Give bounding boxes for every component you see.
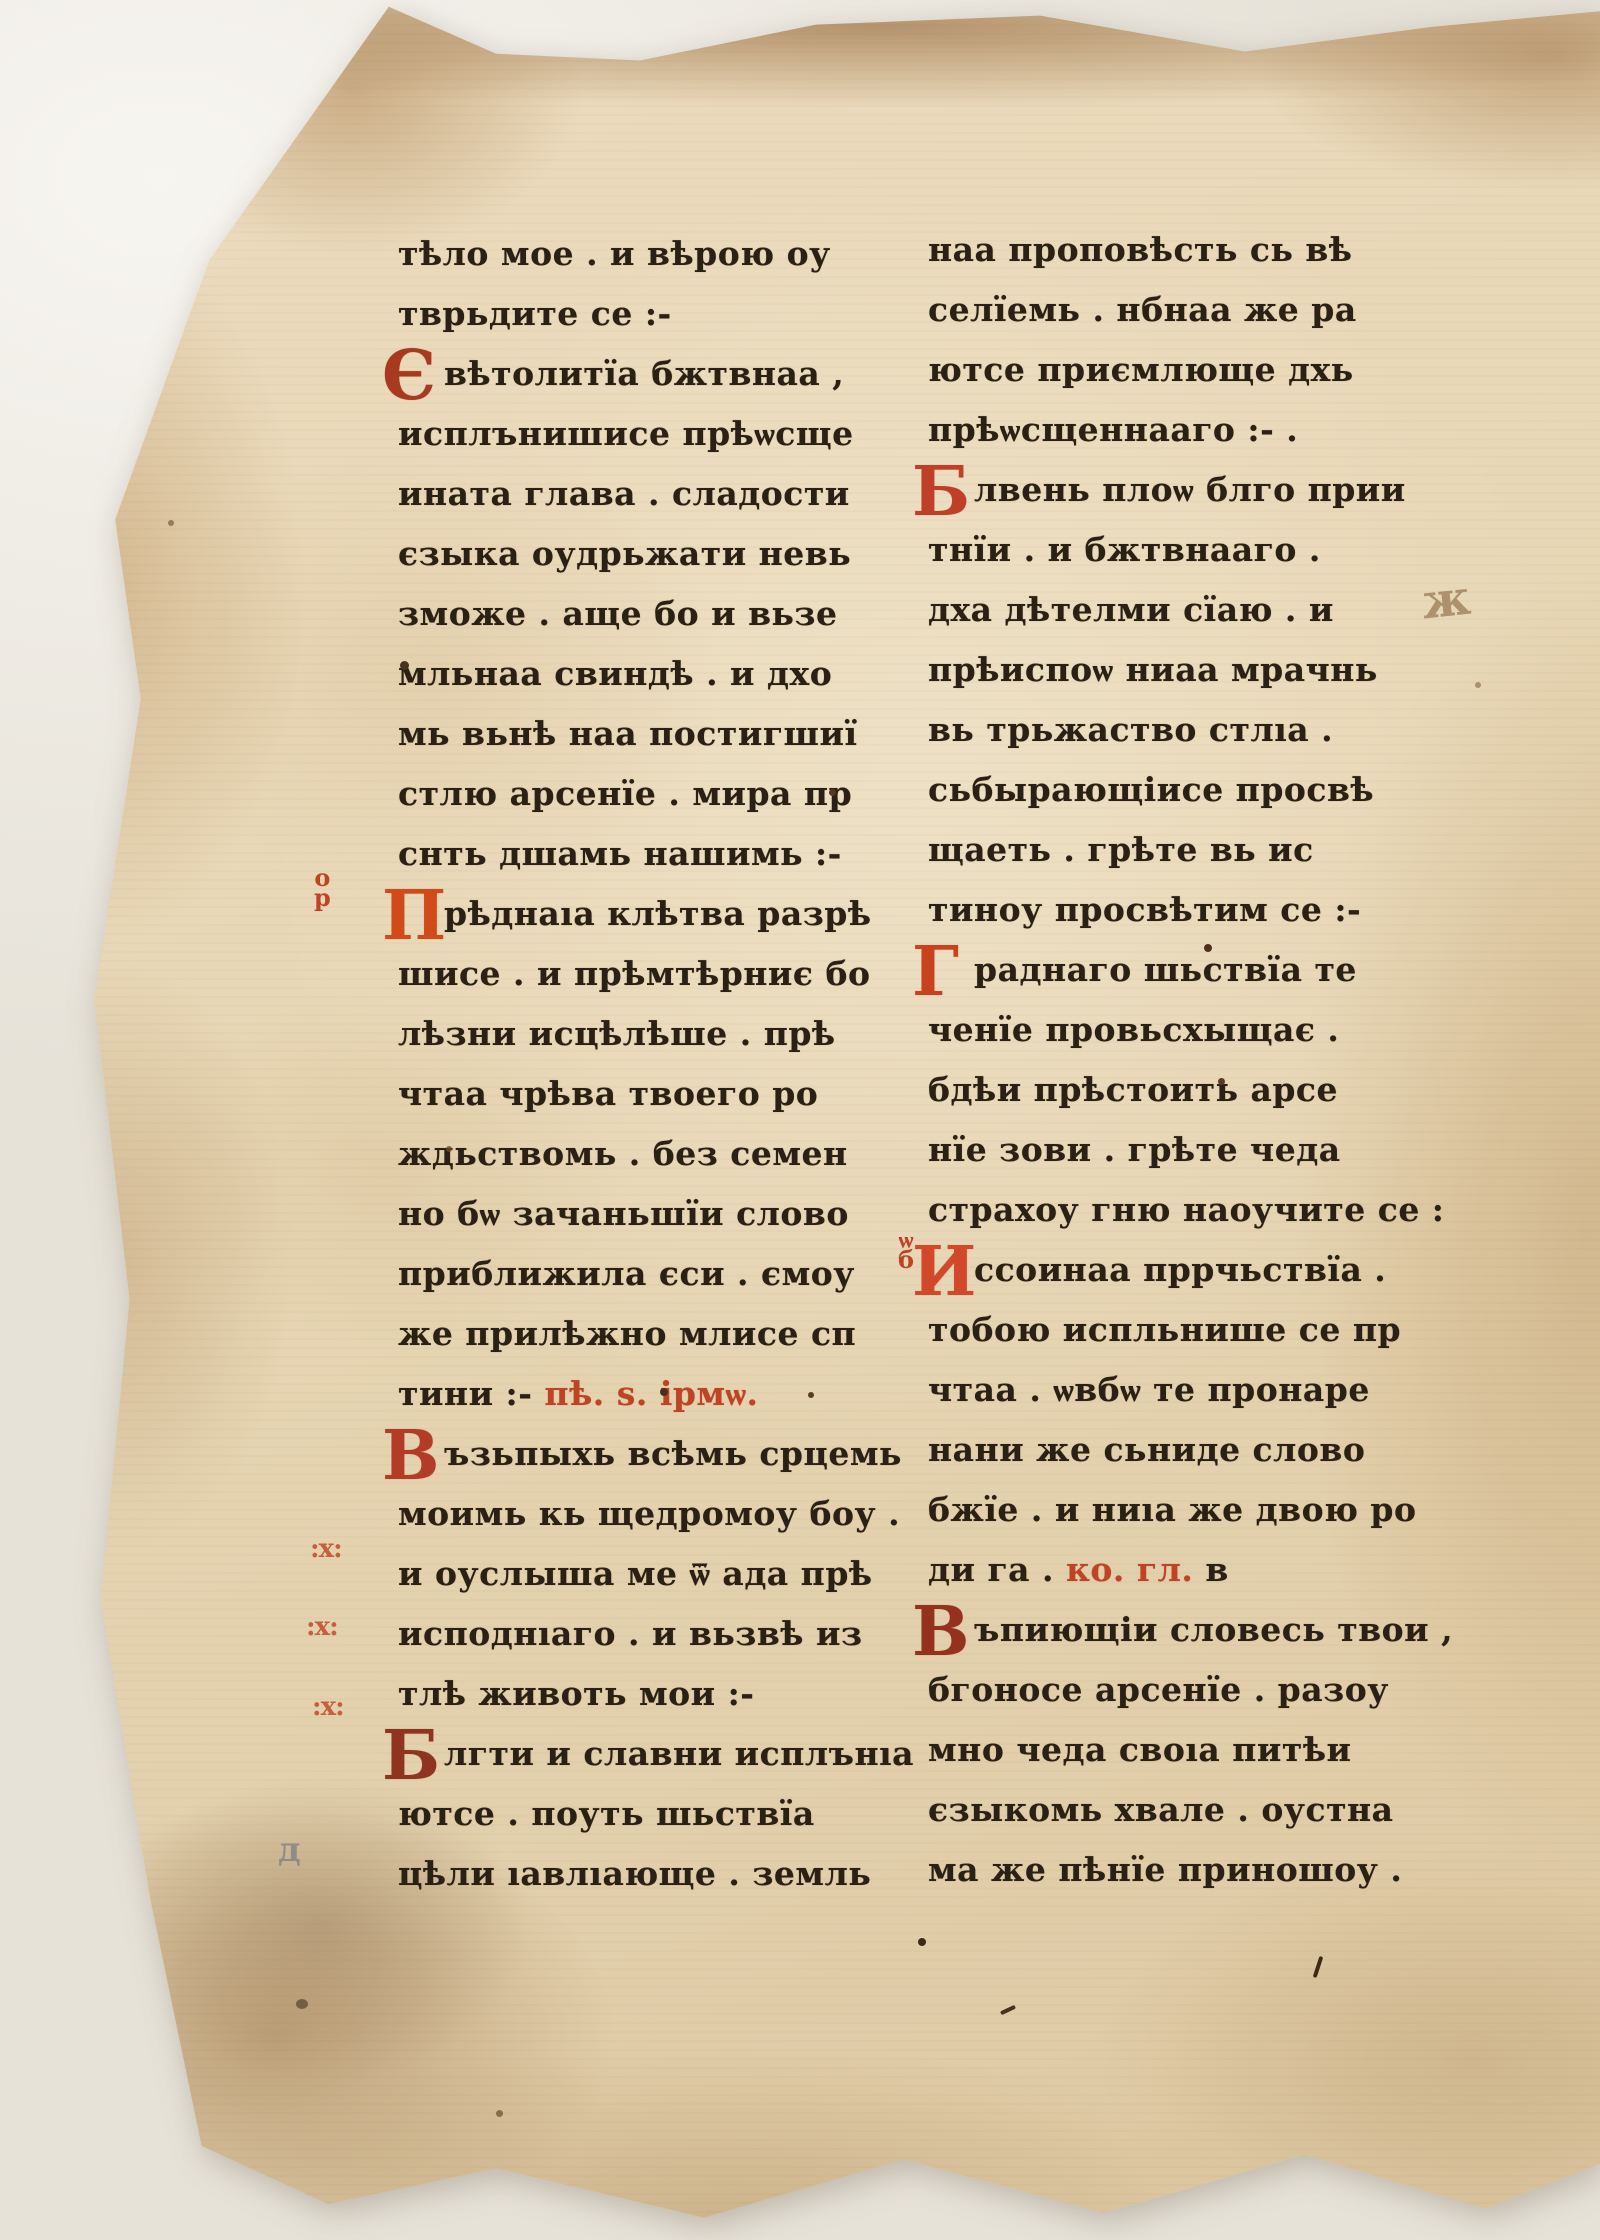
ink-text: тлѣ животь мои :- <box>398 1674 755 1713</box>
ink-text: приближила єси . ємоу <box>398 1254 855 1293</box>
ink-text: ждьствомь . без семен <box>398 1134 848 1173</box>
rubric-initial: Б <box>382 1722 441 1790</box>
manuscript-line: прѣиспоѡ ниаа мрачнь <box>928 644 1368 704</box>
manuscript-line: ждьствомь . без семен <box>398 1128 838 1188</box>
parchment-speck <box>400 661 409 670</box>
ink-text: ченїе провьсхыщає . <box>928 1010 1339 1049</box>
ink-text: лѣзни исцѣлѣше . прѣ <box>398 1014 836 1053</box>
manuscript-line: Възьпыхь всѣмь срцемь <box>398 1428 838 1488</box>
ink-text: рѣднаıа клѣтва разрѣ <box>444 894 872 933</box>
manuscript-line: Прѣднаıа клѣтва разрѣ <box>398 888 838 948</box>
rubric-initial: И <box>912 1238 977 1306</box>
ink-text: єзыка оудрьжати невь <box>398 534 851 573</box>
refrain-mark: :х: <box>312 1692 344 1722</box>
ink-text: ди га . <box>928 1550 1066 1589</box>
manuscript-line: тобою испльнише се пр <box>928 1304 1368 1364</box>
rubric-initial: Г <box>912 938 959 1006</box>
ink-text: дха дѣтелми сїаю . и <box>928 590 1334 629</box>
parchment-speck <box>1218 1078 1225 1085</box>
ink-text: раднаго шьствїа те <box>974 950 1357 989</box>
parchment-speck <box>446 1146 452 1152</box>
manuscript-line: же прилѣжно млисе сп <box>398 1308 838 1368</box>
faded-margin-letter: ж <box>1419 570 1473 631</box>
manuscript-line: лѣзни исцѣлѣше . прѣ <box>398 1008 838 1068</box>
parchment-speck <box>168 520 174 526</box>
ink-text: ината глава . сладости <box>398 474 850 513</box>
ink-text: ютсе приємлюще дхь <box>928 350 1354 389</box>
manuscript-line: но бѡ зачаньшїи слово <box>398 1188 838 1248</box>
ink-text: ссоинаа пррчьствїа . <box>974 1250 1386 1289</box>
ink-text: стлю арсенїе . мира пр <box>398 774 852 813</box>
manuscript-line: снть дшамь нашимь :- <box>398 828 838 888</box>
ink-text: щаеть . грѣте вь ис <box>928 830 1314 869</box>
text-column-left: тѣло мое . и вѣрою оутврьдите се :-Євѣто… <box>398 228 838 1908</box>
manuscript-line: вь трьжаство стлıа . <box>928 704 1368 764</box>
manuscript-line: Євѣтолитїа бжтвнаа , <box>398 348 838 408</box>
ink-text: ма же пѣнїе приношоу . <box>928 1850 1402 1889</box>
rubric-initial: В <box>382 1422 440 1490</box>
parchment-speck <box>1000 2005 1016 2015</box>
ink-text: но бѡ зачаньшїи слово <box>398 1194 849 1233</box>
rubric-initial: П <box>382 882 447 950</box>
manuscript-line: ченїе провьсхыщає . <box>928 1004 1368 1064</box>
ink-text: вѣтолитїа бжтвнаа , <box>444 354 844 393</box>
manuscript-line: страхоу гню наоучите се : <box>928 1184 1368 1244</box>
manuscript-line: Блвень плоѡ блго прии <box>928 464 1368 524</box>
ink-text: нани же сьниде слово <box>928 1430 1365 1469</box>
ink-text: и оуслыша ме ѿ ада прѣ <box>398 1554 873 1593</box>
parchment-speck <box>496 2110 503 2117</box>
manuscript-line: селїемь . нбнаа же ра <box>928 284 1368 344</box>
marginal-letter: р <box>314 888 331 908</box>
manuscript-line: єзыкомь хвале . оустна <box>928 1784 1368 1844</box>
ink-text: бжїе . и ниıа же двою ро <box>928 1490 1417 1529</box>
ink-text: тнїи . и бжтвнааго . <box>928 530 1321 569</box>
ink-text: ъпиющіи словесь твои , <box>974 1610 1453 1649</box>
manuscript-line: нїе зови . грѣте чеда <box>928 1124 1368 1184</box>
manuscript-line: ютсе приємлюще дхь <box>928 344 1368 404</box>
marginal-abbreviation-left: о р <box>314 868 331 909</box>
parchment-speck <box>1313 1956 1324 1978</box>
manuscript-line: тлѣ животь мои :- <box>398 1668 838 1728</box>
manuscript-line: бгоносе арсенїе . разоу <box>928 1664 1368 1724</box>
ink-text: ъзьпыхь всѣмь срцемь <box>444 1434 902 1473</box>
rubric-text: ко. гл. <box>1066 1550 1205 1589</box>
manuscript-line: приближила єси . ємоу <box>398 1248 838 1308</box>
ink-text: тѣло мое . и вѣрою оу <box>398 234 831 273</box>
manuscript-line: и оуслыша ме ѿ ада прѣ <box>398 1548 838 1608</box>
manuscript-line: чтаа чрѣва твоего ро <box>398 1068 838 1128</box>
ink-text: ютсе . поуть шьствїа <box>398 1794 815 1833</box>
ink-text: страхоу гню наоучите се : <box>928 1190 1445 1229</box>
rubric-initial: Є <box>382 342 437 410</box>
text-column-right: наа проповѣсть сь вѣселїемь . нбнаа же р… <box>928 224 1368 1904</box>
manuscript-line: мльнаа свиндѣ . и дхо <box>398 648 838 708</box>
manuscript-line: єзыка оудрьжати невь <box>398 528 838 588</box>
parchment-speck <box>1475 682 1481 688</box>
manuscript-line: исплънишисе прѣѡсще <box>398 408 838 468</box>
manuscript-line: Граднаго шьствїа те <box>928 944 1368 1004</box>
refrain-mark: :х: <box>306 1612 338 1642</box>
rubric-initial: Б <box>912 458 971 526</box>
ink-text: селїемь . нбнаа же ра <box>928 290 1357 329</box>
ink-text: снть дшамь нашимь :- <box>398 834 842 873</box>
manuscript-line: тнїи . и бжтвнааго . <box>928 524 1368 584</box>
ink-text: мльнаа свиндѣ . и дхо <box>398 654 832 693</box>
manuscript-line: мно чеда своıа питѣи <box>928 1724 1368 1784</box>
ink-text: чтаа . ѡвбѡ те пронаре <box>928 1370 1370 1409</box>
ink-text: бгоносе арсенїе . разоу <box>928 1670 1389 1709</box>
manuscript-line: тини :- пѣ. ѕ. ірмѡ. <box>398 1368 838 1428</box>
parchment-speck <box>808 1392 814 1398</box>
parchment-speck <box>829 789 836 796</box>
manuscript-line: ди га . ко. гл. в <box>928 1544 1368 1604</box>
manuscript-line: Иссоинаа пррчьствїа . <box>928 1244 1368 1304</box>
ink-text: исплънишисе прѣѡсще <box>398 414 854 453</box>
ink-text: нїе зови . грѣте чеда <box>928 1130 1341 1169</box>
manuscript-line: стлю арсенїе . мира пр <box>398 768 838 828</box>
faint-margin-letter: д <box>278 1830 301 1870</box>
parchment-speck <box>296 1999 308 2009</box>
manuscript-line: ма же пѣнїе приношоу . <box>928 1844 1368 1904</box>
ink-text: прѣѡсщеннааго :- . <box>928 410 1298 449</box>
manuscript-line: моимь кь щедромоу боу . <box>398 1488 838 1548</box>
manuscript-line: ината глава . сладости <box>398 468 838 528</box>
manuscript-line: нани же сьниде слово <box>928 1424 1368 1484</box>
ink-text: сьбырающіисе просвѣ <box>928 770 1374 809</box>
manuscript-line: тиноу просвѣтим се :- <box>928 884 1368 944</box>
marginal-letter: б <box>898 1250 914 1270</box>
manuscript-line: зможе . аще бо и вьзе <box>398 588 838 648</box>
ink-text: єзыкомь хвале . оустна <box>928 1790 1394 1829</box>
manuscript-line: бжїе . и ниıа же двою ро <box>928 1484 1368 1544</box>
ink-text: тини :- <box>398 1374 544 1413</box>
parchment-speck <box>918 1938 926 1946</box>
ink-text: тиноу просвѣтим се :- <box>928 890 1361 929</box>
manuscript-line: чтаа . ѡвбѡ те пронаре <box>928 1364 1368 1424</box>
manuscript-line: тѣло мое . и вѣрою оу <box>398 228 838 288</box>
rubric-text: пѣ. ѕ. ірмѡ. <box>544 1374 758 1413</box>
manuscript-line: дха дѣтелми сїаю . и <box>928 584 1368 644</box>
ink-text: зможе . аще бо и вьзе <box>398 594 837 633</box>
manuscript-line: тврьдите се :- <box>398 288 838 348</box>
refrain-mark: :х: <box>310 1534 342 1564</box>
parchment-speck <box>1204 944 1212 952</box>
ink-text: же прилѣжно млисе сп <box>398 1314 856 1353</box>
rubric-initial: В <box>912 1598 970 1666</box>
manuscript-line: наа проповѣсть сь вѣ <box>928 224 1368 284</box>
ink-text: чтаа чрѣва твоего ро <box>398 1074 818 1113</box>
manuscript-page: тѣло мое . и вѣрою оутврьдите се :-Євѣто… <box>0 0 1600 2240</box>
ink-text: лгти и славни исплънıа <box>444 1734 914 1773</box>
ink-text: цѣли ıавлıающе . земль <box>398 1854 871 1893</box>
manuscript-line: ютсе . поуть шьствїа <box>398 1788 838 1848</box>
manuscript-line: щаеть . грѣте вь ис <box>928 824 1368 884</box>
ink-text: наа проповѣсть сь вѣ <box>928 230 1352 269</box>
manuscript-line: бдѣи прѣстоить арсе <box>928 1064 1368 1124</box>
manuscript-line: исподнıаго . и вьзвѣ из <box>398 1608 838 1668</box>
manuscript-line: Блгти и славни исплънıа <box>398 1728 838 1788</box>
ink-text: вь трьжаство стлıа . <box>928 710 1333 749</box>
ink-text: шисе . и прѣмтѣрниє бо <box>398 954 871 993</box>
parchment-speck <box>880 2172 887 2179</box>
ink-text: моимь кь щедромоу боу . <box>398 1494 900 1533</box>
marginal-abbreviation-intercolumn: ѡ б <box>898 1230 914 1271</box>
ink-text: в <box>1205 1550 1228 1589</box>
manuscript-line: сьбырающіисе просвѣ <box>928 764 1368 824</box>
manuscript-line: Въпиющіи словесь твои , <box>928 1604 1368 1664</box>
manuscript-line: прѣѡсщеннааго :- . <box>928 404 1368 464</box>
ink-text: исподнıаго . и вьзвѣ из <box>398 1614 863 1653</box>
ink-text: прѣиспоѡ ниаа мрачнь <box>928 650 1378 689</box>
ink-text: бдѣи прѣстоить арсе <box>928 1070 1338 1109</box>
ink-text: мно чеда своıа питѣи <box>928 1730 1352 1769</box>
ink-text: тобою испльнише се пр <box>928 1310 1401 1349</box>
manuscript-line: цѣли ıавлıающе . земль <box>398 1848 838 1908</box>
ink-text: мь вьнѣ наа постигшиї <box>398 714 858 753</box>
ink-text: тврьдите се :- <box>398 294 672 333</box>
ink-text: лвень плоѡ блго прии <box>974 470 1406 509</box>
manuscript-line: мь вьнѣ наа постигшиї <box>398 708 838 768</box>
parchment-speck <box>660 1388 668 1396</box>
photo-backdrop: тѣло мое . и вѣрою оутврьдите се :-Євѣто… <box>0 0 1600 2240</box>
manuscript-line: шисе . и прѣмтѣрниє бо <box>398 948 838 1008</box>
